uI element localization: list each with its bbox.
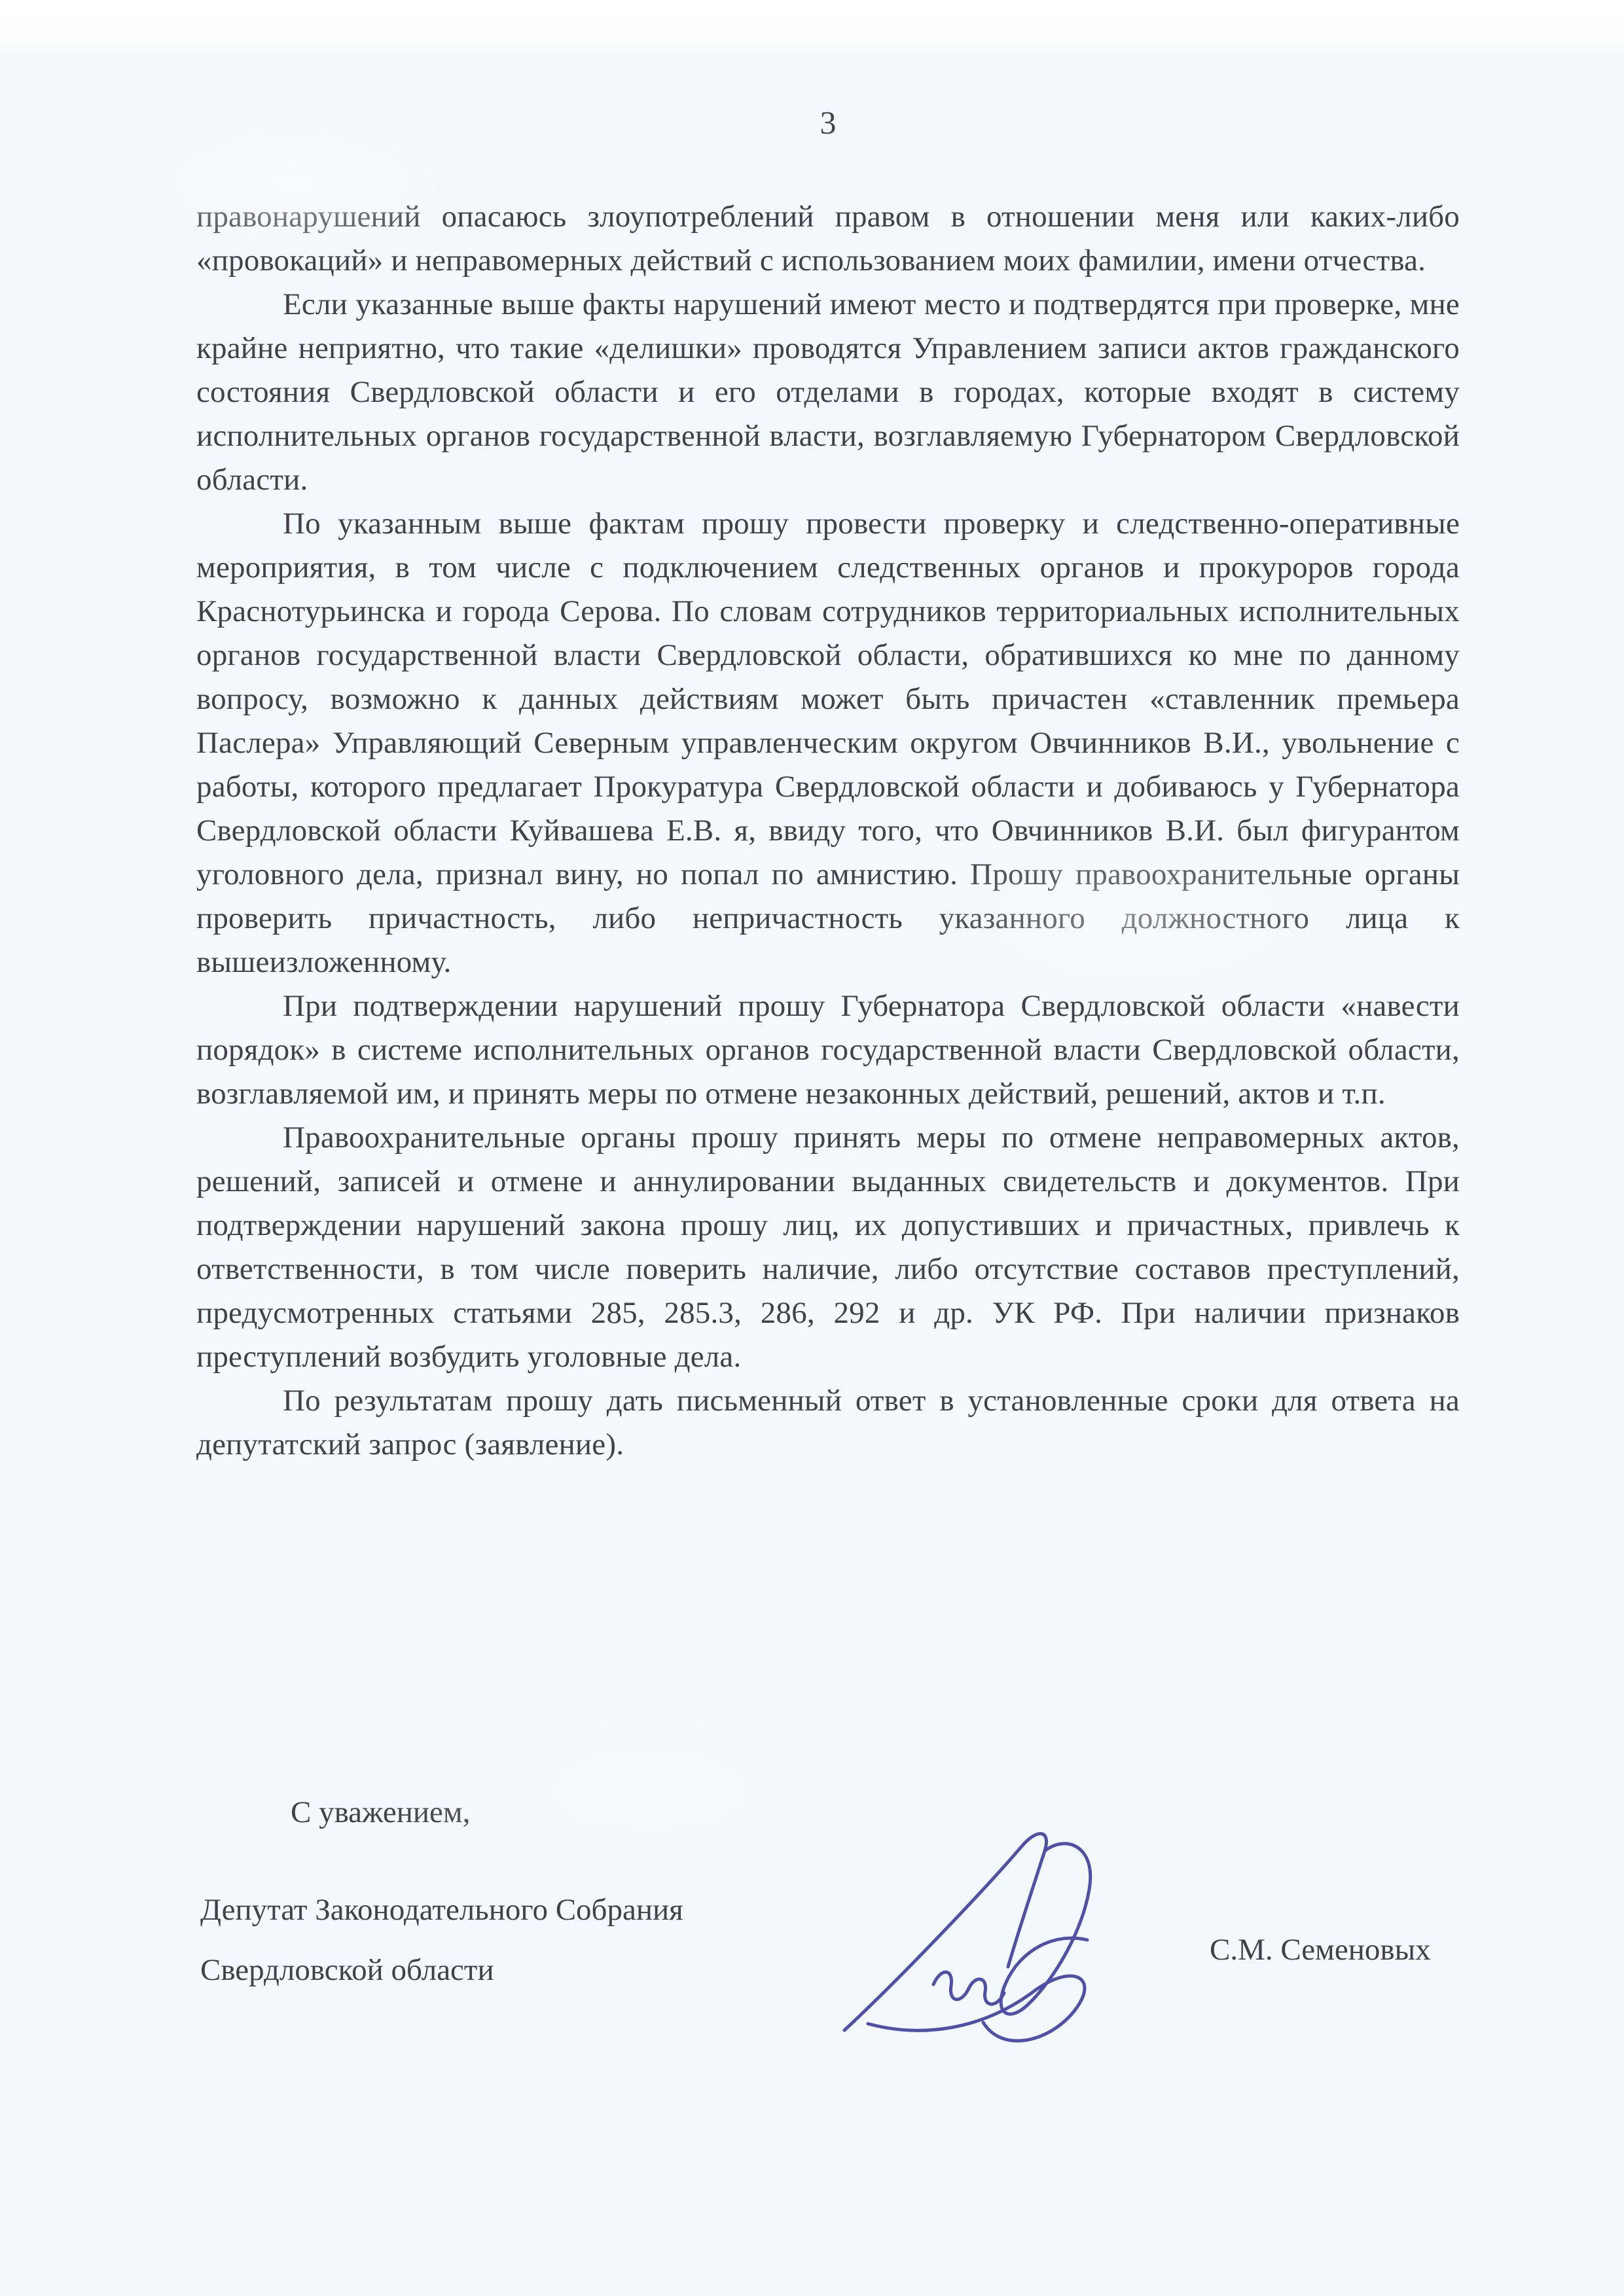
paragraph-1: правонарушений опасаюсь злоупотреблений … xyxy=(196,195,1460,283)
salutation: С уважением, xyxy=(291,1795,470,1830)
document-body: правонарушений опасаюсь злоупотреблений … xyxy=(196,195,1460,1467)
handwritten-signature-icon xyxy=(830,1826,1144,2049)
signer-title: Депутат Законодательного Собрания Свердл… xyxy=(200,1880,683,2000)
signer-title-line1: Депутат Законодательного Собрания xyxy=(200,1880,683,1940)
scanned-letter-page: 3 правонарушений опасаюсь злоупотреблени… xyxy=(0,0,1624,2296)
signer-name: С.М. Семеновых xyxy=(1210,1932,1431,1967)
signer-title-line2: Свердловской области xyxy=(200,1940,683,2000)
paragraph-5: Правоохранительные органы прошу принять … xyxy=(196,1116,1460,1379)
page-number: 3 xyxy=(196,103,1460,141)
paragraph-2: Если указанные выше факты нарушений имею… xyxy=(196,283,1460,502)
paragraph-6: По результатам прошу дать письменный отв… xyxy=(196,1379,1460,1467)
paragraph-4: При подтверждении нарушений прошу Губерн… xyxy=(196,984,1460,1116)
paragraph-3: По указанным выше фактам прошу провести … xyxy=(196,502,1460,984)
